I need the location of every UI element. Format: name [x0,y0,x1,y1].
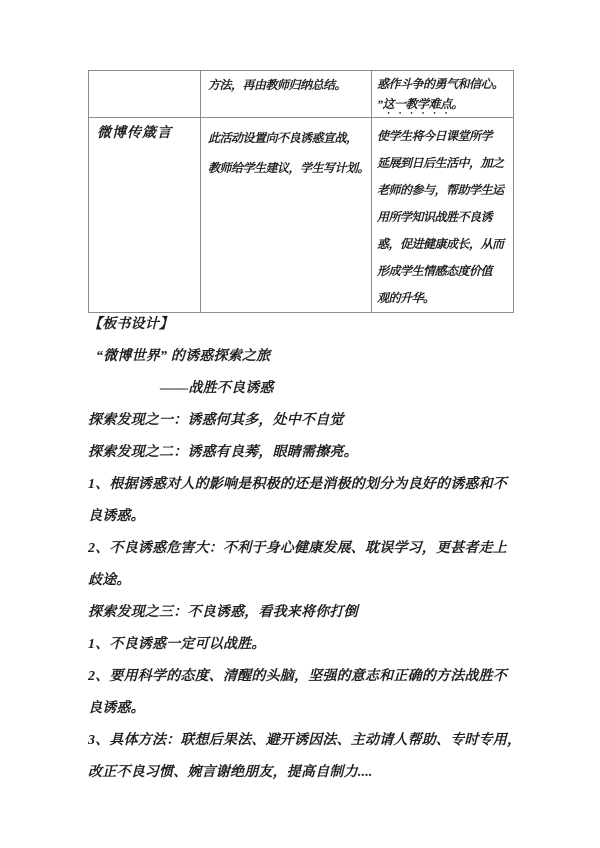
cell-activity-description: 此活动设置向不良诱惑宣战， 教师给学生建议，学生写计划。 [201,118,372,313]
board-line-discovery-3: 探索发现之三：不良诱惑，看我来将你打倒 [88,597,548,629]
board-design-section: 【板书设计】 “微博世界” 的诱惑探索之旅 ——战胜不良诱惑 探索发现之一：诱惑… [88,309,548,789]
board-line-point-5-cont: 改正不良习惯、婉言谢绝朋友，提高自制力.... [88,757,548,789]
cell-text: 教师给学生建议，学生写计划。 [201,153,371,183]
cell-text-emphasized-line: ”这一教学难点。 [372,94,513,117]
cell-design-intent: 使学生将今日课堂所学 延展到日后生活中，加之 老师的参与，帮助学生运 用所学知识… [372,118,514,313]
document-page: 方法，再由教师归纳总结。 惑作斗争的勇气和信心。 ”这一教学难点。 微博传箴言 … [0,0,600,848]
board-subtitle: ——战胜不良诱惑 [88,373,548,405]
cell-text: 微博传箴言 [89,123,200,145]
lesson-activity-table: 方法，再由教师归纳总结。 惑作斗争的勇气和信心。 ”这一教学难点。 微博传箴言 … [88,70,514,313]
board-line-discovery-2: 探索发现之二：诱惑有良莠，眼睛需擦亮。 [88,437,548,469]
cell-text: 方法，再由教师归纳总结。 [201,74,371,96]
cell-text: 使学生将今日课堂所学 [372,123,513,150]
cell-text: 观的升华。 [372,285,513,312]
cell-text: 老师的参与，帮助学生运 [372,177,513,204]
cell-text: 惑作斗争的勇气和信心。 [372,74,513,94]
board-line-point-3: 1、不良诱惑一定可以战胜。 [88,629,548,661]
table-row: 微博传箴言 此活动设置向不良诱惑宣战， 教师给学生建议，学生写计划。 使学生将今… [89,118,514,313]
cell-activity-description-continued: 方法，再由教师归纳总结。 [201,71,372,118]
table-row: 方法，再由教师归纳总结。 惑作斗争的勇气和信心。 ”这一教学难点。 [89,71,514,118]
cell-text: 此活动设置向不良诱惑宣战， [201,123,371,153]
cell-text: 用所学知识战胜不良诱 [372,204,513,231]
cell-text: 惑，促进健康成长，从而 [372,231,513,258]
board-line-point-4-cont: 良诱惑。 [88,693,548,725]
board-line-point-4: 2、要用科学的态度、清醒的头脑，坚强的意志和正确的方法战胜不 [88,661,548,693]
emphasized-text: 这一教学难点 [383,97,452,111]
board-line-point-1: 1、根据诱惑对人的影响是积极的还是消极的划分为良好的诱惑和不 [88,469,548,501]
cell-design-intent-continued: 惑作斗争的勇气和信心。 ”这一教学难点。 [372,71,514,118]
board-title: “微博世界” 的诱惑探索之旅 [88,341,548,373]
cell-activity-name-empty [89,71,201,118]
board-line-point-2-cont: 歧途。 [88,565,548,597]
cell-text: 形成学生情感态度价值 [372,258,513,285]
period-mark: 。 [452,97,464,111]
cell-activity-name: 微博传箴言 [89,118,201,313]
cell-text: 延展到日后生活中，加之 [372,150,513,177]
board-line-point-5: 3、具体方法：联想后果法、避开诱因法、主动请人帮助、专时专用， [88,725,548,757]
board-line-point-1-cont: 良诱惑。 [88,501,548,533]
board-line-discovery-1: 探索发现之一：诱惑何其多，处中不自觉 [88,405,548,437]
section-heading: 【板书设计】 [88,309,548,341]
board-line-point-2: 2、不良诱惑危害大：不利于身心健康发展、耽误学习，更甚者走上 [88,533,548,565]
